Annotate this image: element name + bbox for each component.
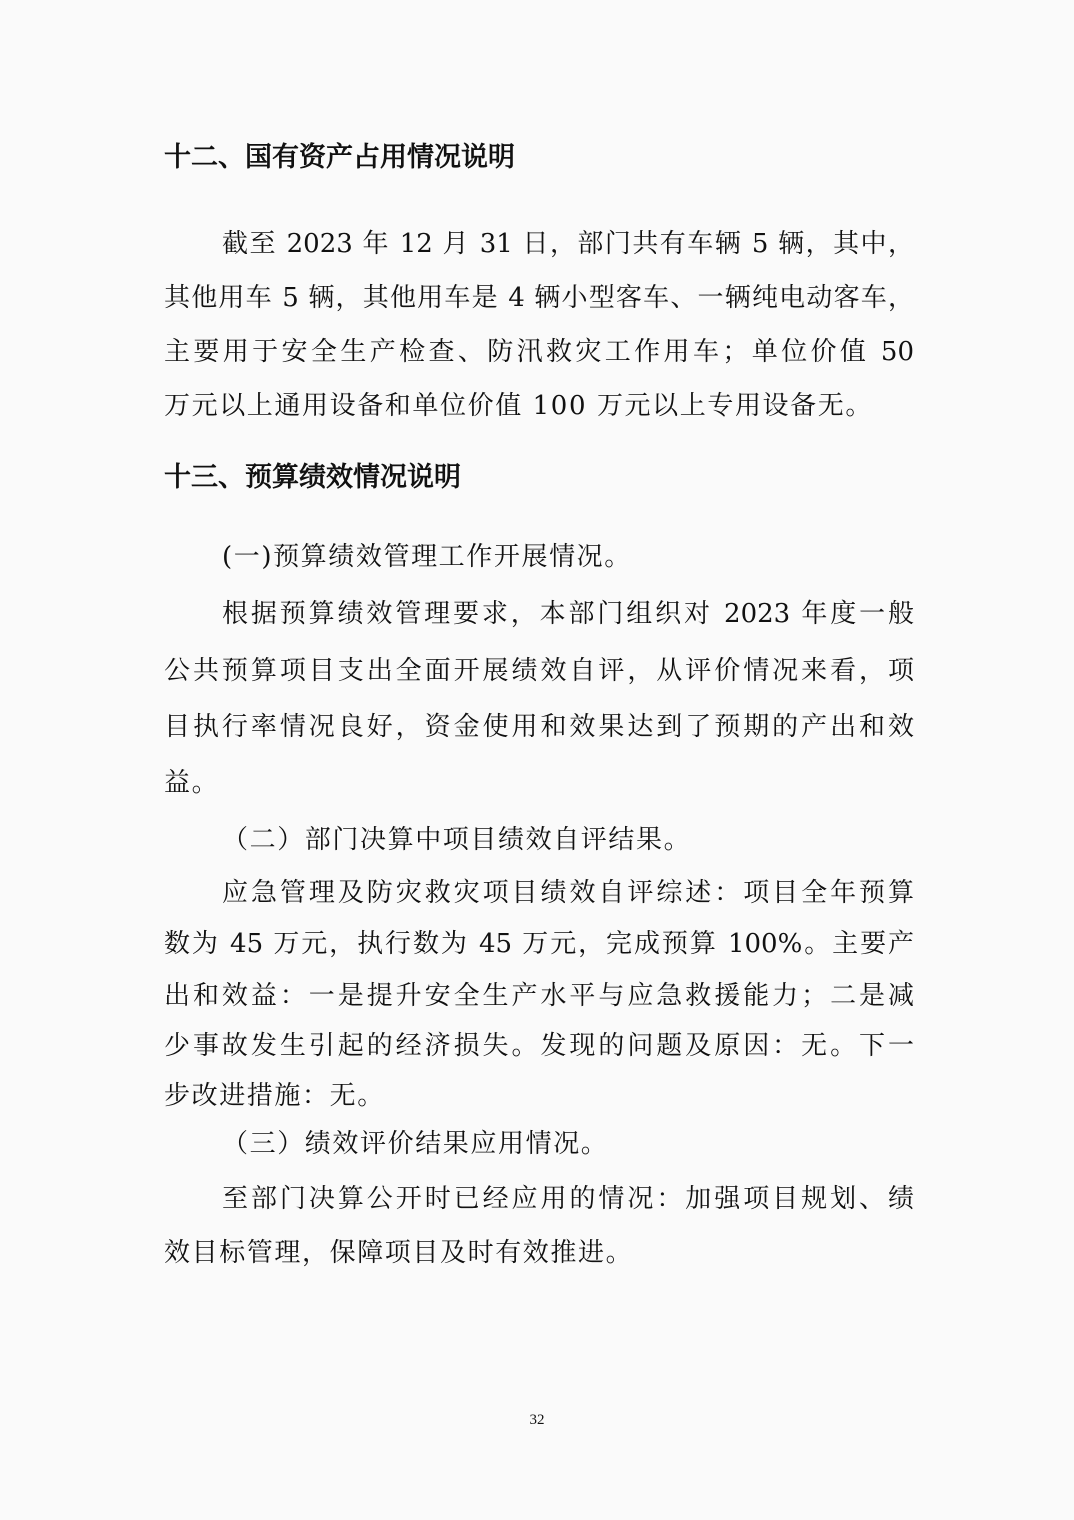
document-page: 十二、国有资产占用情况说明 截至 2023 年 12 月 31 日，部门共有车辆… — [0, 0, 1074, 1520]
subsection-1-paragraph-line: 根据预算绩效管理要求，本部门组织对 2023 年度一般 — [222, 598, 914, 630]
subsection-2-paragraph-line: 应急管理及防灾救灾项目绩效自评综述：项目全年预算 — [222, 877, 914, 909]
subsection-1-title: (一)预算绩效管理工作开展情况。 — [222, 541, 972, 573]
subsection-2-paragraph-line: 出和效益：一是提升安全生产水平与应急救援能力；二是减 — [164, 980, 914, 1012]
section-12-paragraph-line: 主要用于安全生产检查、防汛救灾工作用车；单位价值 50 — [164, 336, 914, 368]
subsection-2-title: （二）部门决算中项目绩效自评结果。 — [222, 824, 972, 856]
section-13-heading: 十三、预算绩效情况说明 — [164, 462, 914, 494]
subsection-2-paragraph-line: 数为 45 万元，执行数为 45 万元，完成预算 100%。主要产 — [164, 928, 914, 960]
page-number: 32 — [0, 1412, 1074, 1429]
subsection-1-paragraph-line: 益。 — [164, 767, 914, 799]
subsection-1-paragraph-line: 公共预算项目支出全面开展绩效自评，从评价情况来看，项 — [164, 655, 914, 687]
subsection-3-paragraph-line: 效目标管理，保障项目及时有效推进。 — [164, 1237, 914, 1269]
section-12-paragraph-line: 万元以上通用设备和单位价值 100 万元以上专用设备无。 — [164, 390, 914, 422]
subsection-1-paragraph-line: 目执行率情况良好，资金使用和效果达到了预期的产出和效 — [164, 711, 914, 743]
subsection-2-paragraph-line: 少事故发生引起的经济损失。发现的问题及原因：无。下一 — [164, 1030, 914, 1062]
subsection-3-title: （三）绩效评价结果应用情况。 — [222, 1128, 972, 1160]
subsection-3-paragraph-line: 至部门决算公开时已经应用的情况：加强项目规划、绩 — [222, 1183, 914, 1215]
section-12-heading: 十二、国有资产占用情况说明 — [164, 142, 914, 174]
section-12-paragraph-line: 其他用车 5 辆，其他用车是 4 辆小型客车、一辆纯电动客车， — [164, 282, 914, 314]
section-12-paragraph-line: 截至 2023 年 12 月 31 日，部门共有车辆 5 辆，其中， — [222, 228, 914, 260]
subsection-2-paragraph-line: 步改进措施：无。 — [164, 1080, 914, 1112]
